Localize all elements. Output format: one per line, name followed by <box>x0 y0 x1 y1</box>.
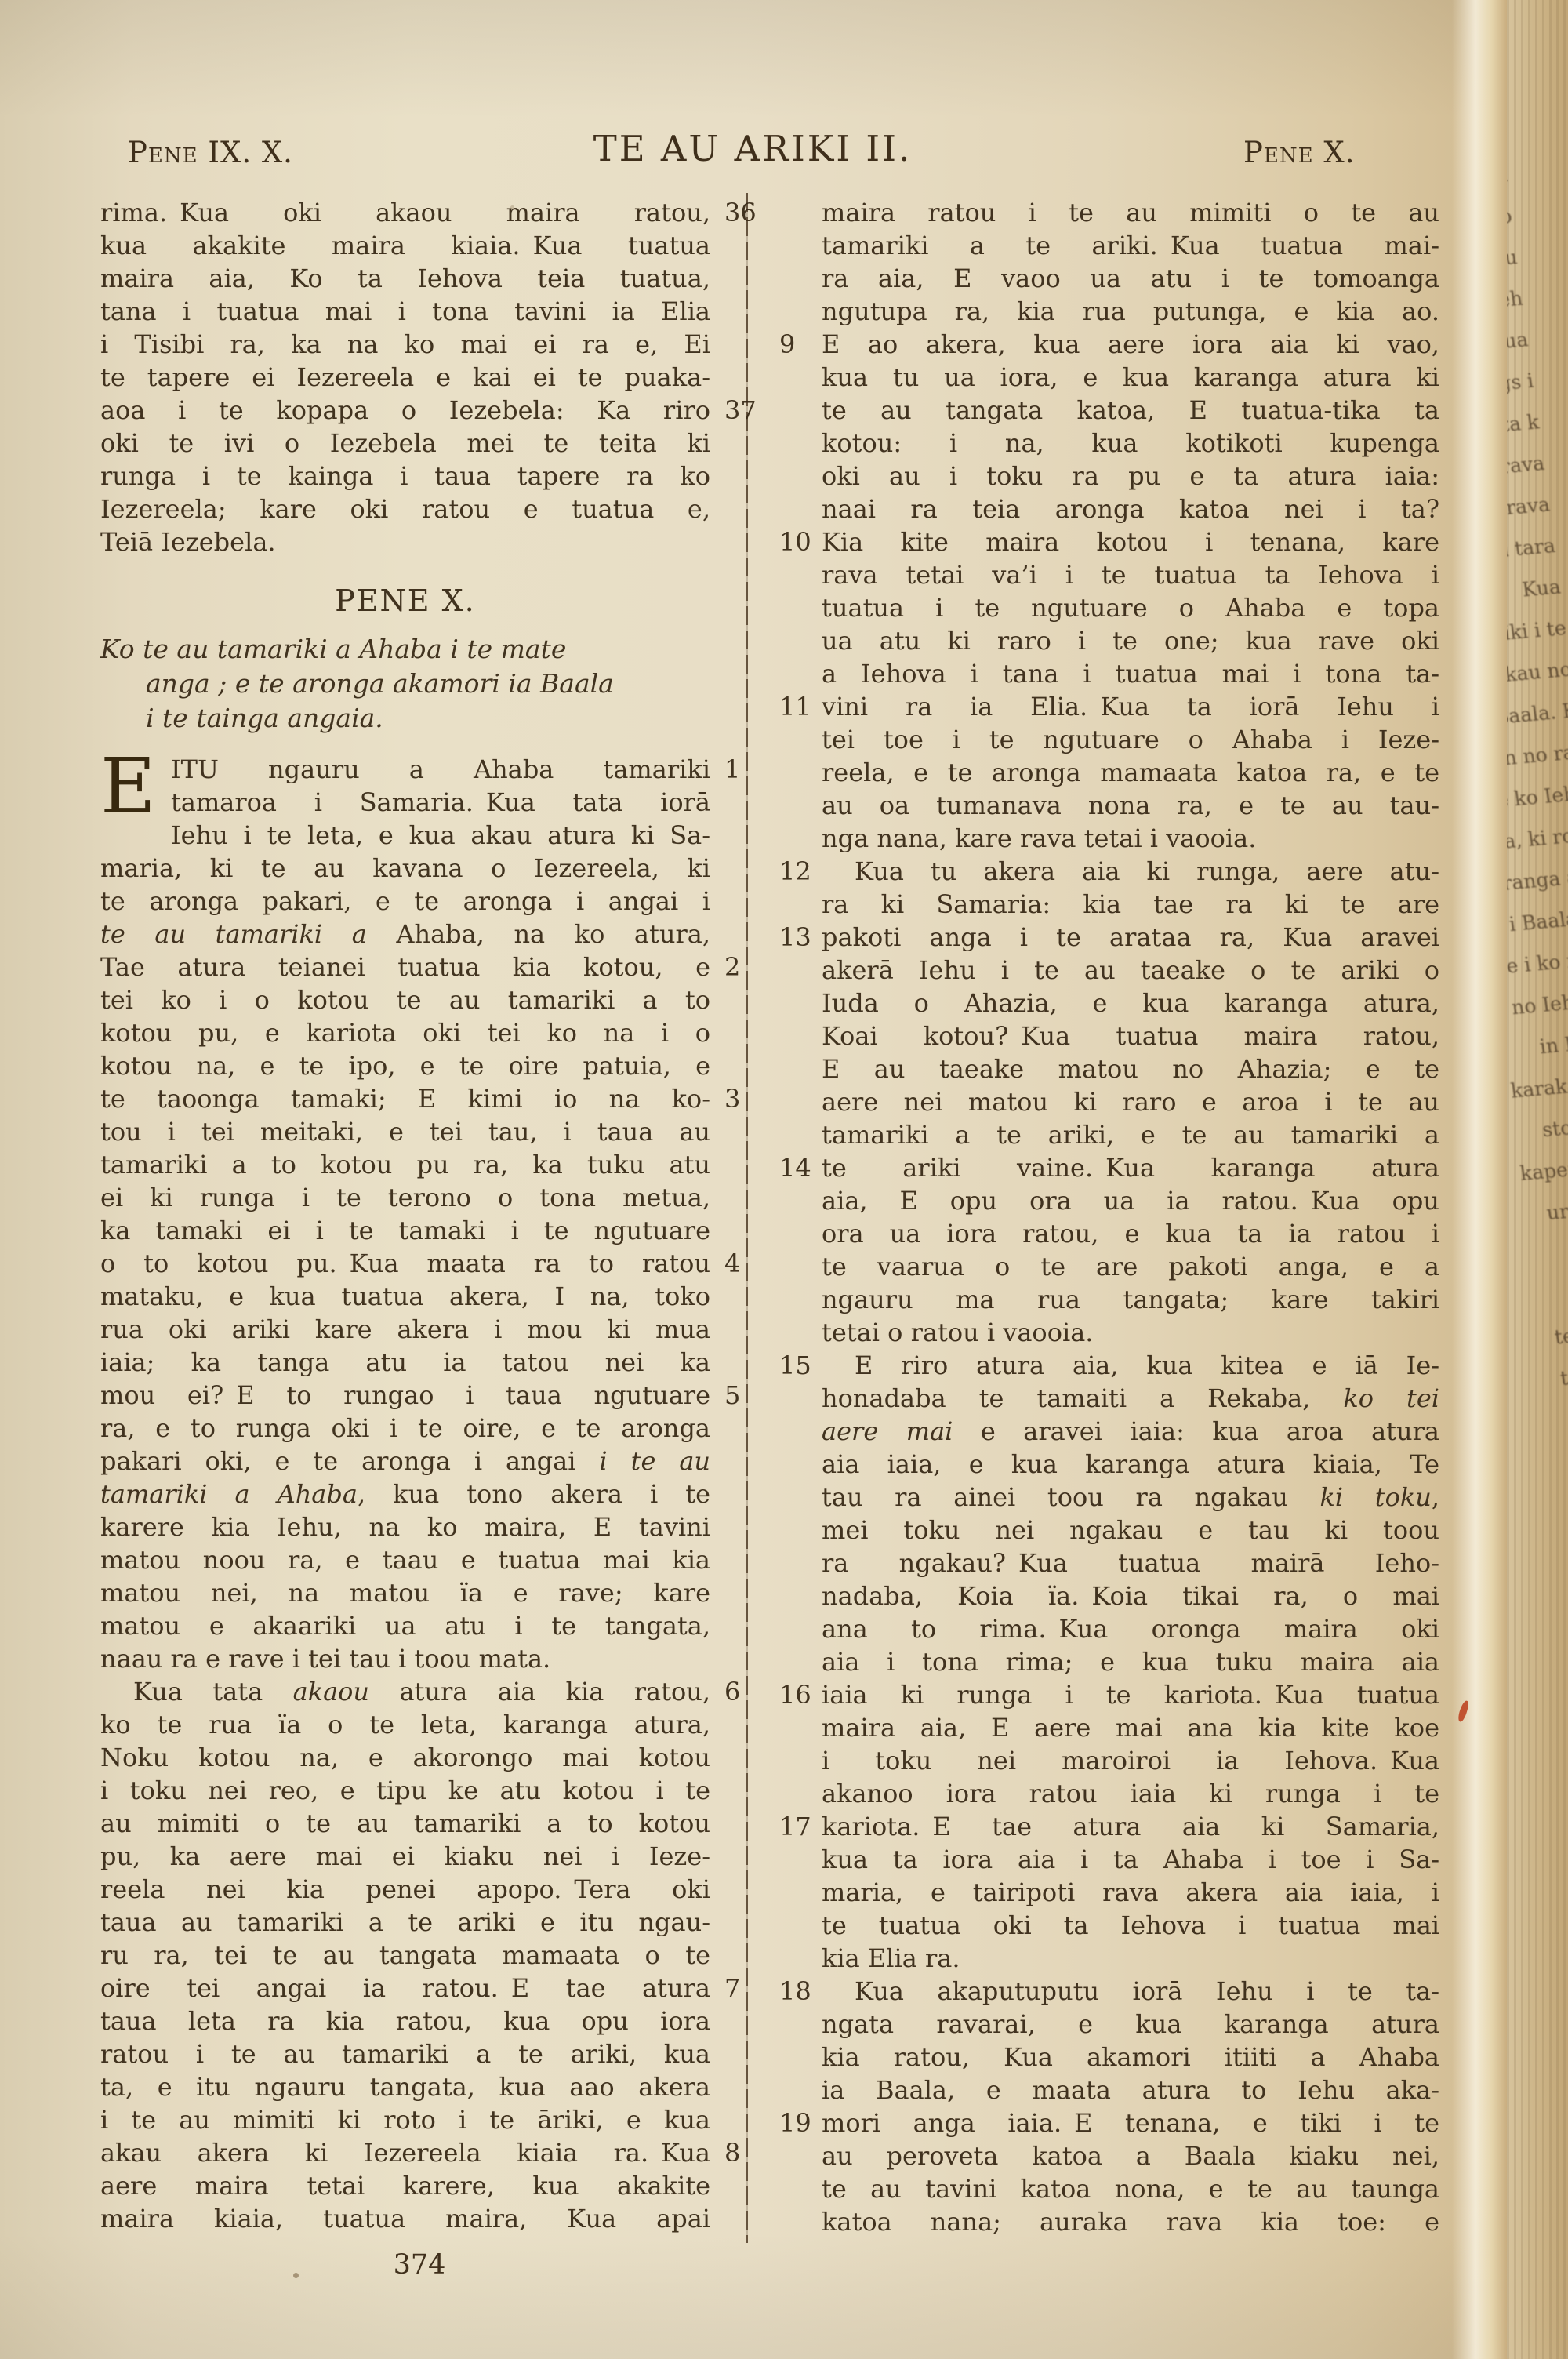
text-line: tei ko i o kotou te au tamariki a to <box>100 983 710 1016</box>
text-line: ra aia, E vaoo ua atu i te tomoanga <box>822 262 1439 295</box>
column-divider-rule <box>746 193 748 2243</box>
text-line: reela nei kia penei apopo. Tera oki <box>100 1873 710 1906</box>
text-line: te ariki vaine. Kua karanga atura14 <box>822 1151 1439 1184</box>
text-line: pakoti anga i te arataa ra, Kua aravei13 <box>822 921 1439 954</box>
verse-block: EITU ngauru a Ahaba tamariki1tamaroa i S… <box>100 753 710 2235</box>
verse-block: maira ratou i te au mimiti o te autamari… <box>822 196 1439 2238</box>
verse-number: 9 <box>779 328 795 361</box>
text-line: maira aia, Ko ta Iehova teia tuatua, <box>100 262 710 295</box>
text-column-left: rima. Kua oki akaou maira ratou,36kua ak… <box>100 196 710 2235</box>
paper-speck <box>510 205 514 209</box>
text-line: ngutupa ra, kia rua putunga, e kia ao. <box>822 295 1439 328</box>
verse-number: 36 <box>724 196 757 229</box>
text-line: pakari oki, e te aronga i angai i te au <box>100 1445 710 1478</box>
text-line: rua oki ariki kare akera i mou ki mua <box>100 1313 710 1346</box>
text-column-right: maira ratou i te au mimiti o te autamari… <box>822 196 1439 2238</box>
text-line: ka tamaki ei i te tamaki i te ngutuare <box>100 1214 710 1247</box>
text-line: au mimiti o te au tamariki a to kotou <box>100 1807 710 1840</box>
text-line: taua leta ra kia ratou, kua opu iora <box>100 2005 710 2037</box>
verse-number: 5 <box>724 1379 740 1412</box>
verse-number: 17 <box>779 1810 811 1843</box>
running-head-title: TE AU ARIKI II. <box>435 128 1070 169</box>
text-line: akau akera ki Iezereela kiaia ra. Kua8 <box>100 2136 710 2169</box>
text-line: matou noou ra, e taau e tuatua mai kia <box>100 1543 710 1576</box>
verse-number: 16 <box>779 1678 811 1711</box>
text-line: a Iehova i tana i tuatua mai i tona ta- <box>822 657 1439 690</box>
text-line: akerā Iehu i te au taeake o te ariki o <box>822 954 1439 987</box>
verse-number: 2 <box>724 951 740 983</box>
running-head-left: Pene IX. X. <box>128 136 293 169</box>
text-line: ta, e itu ngauru tangata, kua aao akera <box>100 2070 710 2103</box>
text-line: iaia ki runga i te kariota. Kua tuatua16 <box>822 1678 1439 1711</box>
text-line: Kia kite maira kotou i tenana, kare10 <box>822 525 1439 558</box>
text-line: naai ra teia aronga katoa nei i ta? <box>822 493 1439 525</box>
text-line: Iezereela; kare oki ratou e tuatua e, <box>100 493 710 525</box>
text-line: i Tisibi ra, ka na ko mai ei ra e, Ei <box>100 328 710 361</box>
text-line: E au taeake matou no Ahazia; e te <box>822 1052 1439 1085</box>
text-line: nadaba, Koia ïa. Koia tikai ra, o mai <box>822 1579 1439 1612</box>
text-line: rava tetai va’i i te tuatua ta Iehova i <box>822 558 1439 591</box>
verse-number: 10 <box>779 525 811 558</box>
verse-number: 7 <box>724 1972 740 2005</box>
text-line: ru ra, tei te au tangata mamaata o te <box>100 1939 710 1972</box>
text-line: kariota. E tae atura aia ki Samaria,17 <box>822 1810 1439 1843</box>
verse-number: 6 <box>724 1675 740 1708</box>
text-line: ora ua iora ratou, e kua ta ia ratou i <box>822 1217 1439 1250</box>
text-line: tamaroa i Samaria. Kua tata iorā <box>100 786 710 819</box>
text-line: tau ra ainei toou ra ngakau ki toku, <box>822 1481 1439 1514</box>
verse-number: 11 <box>779 690 811 723</box>
text-line: nga nana, kare rava tetai i vaooia. <box>822 822 1439 855</box>
verse-number: 1 <box>724 753 740 786</box>
text-line: matou nei, na matou ïa e rave; kare <box>100 1576 710 1609</box>
verse-number: 4 <box>724 1247 740 1280</box>
text-line: iaia; ka tanga atu ia tatou nei ka <box>100 1346 710 1379</box>
text-line: Tae atura teianei tuatua kia kotou, e2 <box>100 951 710 983</box>
text-line: oire tei angai ia ratou. E tae atura7 <box>100 1972 710 2005</box>
text-line: maria, ki te au kavana o Iezereela, ki <box>100 852 710 885</box>
text-line: honadaba te tamaiti a Rekaba, ko tei <box>822 1382 1439 1415</box>
text-line: tamariki a to kotou pu ra, ka tuku atu <box>100 1148 710 1181</box>
text-line: aere nei matou ki raro e aroa i te au <box>822 1085 1439 1118</box>
text-line: au peroveta katoa a Baala kiaku nei, <box>822 2139 1439 2172</box>
text-line: ana to rima. Kua oronga maira oki <box>822 1612 1439 1645</box>
text-line: rima. Kua oki akaou maira ratou,36 <box>100 196 710 229</box>
text-line: tetai o ratou i vaooia. <box>822 1316 1439 1349</box>
running-head-right: Pene X. <box>1243 136 1355 169</box>
text-line: kua ta iora aia i ta Ahaba i toe i Sa- <box>822 1843 1439 1876</box>
text-line: kotou: i na, kua kotikoti kupenga <box>822 427 1439 460</box>
text-line: Kua akaputuputu iorā Iehu i te ta-18 <box>822 1975 1439 2008</box>
text-line: aoa i te kopapa o Iezebela: Ka riro37 <box>100 394 710 427</box>
text-line: ko te rua ïa o te leta, karanga atura, <box>100 1708 710 1741</box>
text-line: te taoonga tamaki; E kimi io na ko-3 <box>100 1082 710 1115</box>
verse-block: rima. Kua oki akaou maira ratou,36kua ak… <box>100 196 710 558</box>
text-line: aere mai e aravei iaia: kua aroa atura <box>822 1415 1439 1448</box>
text-line: ratou i te au tamariki a te ariki, kua <box>100 2037 710 2070</box>
text-line: i toku nei reo, e tipu ke atu kotou i te <box>100 1774 710 1807</box>
text-line: maira kiaia, tuatua maira, Kua apai <box>100 2202 710 2235</box>
text-line: i toku nei maroiroi ia Iehova. Kua <box>822 1744 1439 1777</box>
text-line: i te au mimiti ki roto i te āriki, e kua <box>100 2103 710 2136</box>
text-line: o to kotou pu. Kua maata ra to ratou4 <box>100 1247 710 1280</box>
text-line: vini ra ia Elia. Kua ta iorā Iehu i11 <box>822 690 1439 723</box>
text-line: ua atu ki raro i te one; kua rave oki <box>822 624 1439 657</box>
verse-number: 19 <box>779 2106 811 2139</box>
text-line: naau ra e rave i tei tau i toou mata. <box>100 1642 710 1675</box>
text-line: te au tangata katoa, E tuatua-tika ta <box>822 394 1439 427</box>
text-line: ra ngakau? Kua tuatua mairā Ieho- <box>822 1547 1439 1579</box>
text-line: te vaarua o te are pakoti anga, e a <box>822 1250 1439 1283</box>
text-line: ngauru ma rua tangata; kare takiri <box>822 1283 1439 1316</box>
text-line: Iehu i te leta, e kua akau atura ki Sa- <box>100 819 710 852</box>
text-line: maria, e tairipoti rava akera aia iaia, … <box>822 1876 1439 1909</box>
verse-number: 18 <box>779 1975 811 2008</box>
text-line: maira aia, E aere mai ana kia kite koe <box>822 1711 1439 1744</box>
paper-speck <box>293 2273 299 2278</box>
text-line: kotou pu, e kariota oki tei ko na i o <box>100 1016 710 1049</box>
text-line: kia Elia ra. <box>822 1942 1439 1975</box>
text-line: pu, ka aere mai ei kiaku nei i Ieze- <box>100 1840 710 1873</box>
text-line: te aronga pakari, e te aronga i angai i <box>100 885 710 918</box>
text-line: ia Baala, e maata atura to Iehu aka- <box>822 2074 1439 2106</box>
text-line: ra ki Samaria: kia tae ra ki te are <box>822 888 1439 921</box>
text-line: tamariki a te ariki. Kua tuatua mai- <box>822 229 1439 262</box>
text-line: mou ei? E to rungao i taua ngutuare5 <box>100 1379 710 1412</box>
book-page: ol takuis e oap takiriKjat roni rotua de… <box>0 0 1568 2359</box>
text-line: oki au i toku ra pu e ta atura iaia: <box>822 460 1439 493</box>
text-line: aere maira tetai karere, kua akakite <box>100 2169 710 2202</box>
text-line: au oa tumanava nona ra, e te au tau- <box>822 789 1439 822</box>
summary-line: Ko te au tamariki a Ahaba i te mate <box>100 632 710 667</box>
verse-number: 12 <box>779 855 811 888</box>
text-line: E ao akera, kua aere iora aia ki vao,9 <box>822 328 1439 361</box>
text-line: ngata ravarai, e kua karanga atura <box>822 2008 1439 2041</box>
text-line: matou e akaariki ua atu i te tangata, <box>100 1609 710 1642</box>
verse-number: 13 <box>779 921 811 954</box>
text-line: aia, E opu ora ua ia ratou. Kua opu <box>822 1184 1439 1217</box>
text-line: maira ratou i te au mimiti o te au <box>822 196 1439 229</box>
text-line: Kua tata akaou atura aia kia ratou,6 <box>100 1675 710 1708</box>
text-line: Teiā Iezebela. <box>100 525 710 558</box>
text-line: Noku kotou na, e akorongo mai kotou <box>100 1741 710 1774</box>
text-line: kua akakite maira kiaia. Kua tuatua <box>100 229 710 262</box>
chapter-summary: Ko te au tamariki a Ahaba i te mateanga … <box>100 632 710 736</box>
verse-number: 37 <box>724 394 757 427</box>
text-line: Iuda o Ahazia, e kua karanga atura, <box>822 987 1439 1020</box>
text-line: te tuatua oki ta Iehova i tuatua mai <box>822 1909 1439 1942</box>
text-line: te tapere ei Iezereela e kai ei te puaka… <box>100 361 710 394</box>
text-line: mori anga iaia. E tenana, e tiki i te19 <box>822 2106 1439 2139</box>
text-line: te au tavini katoa nona, e te au taunga <box>822 2172 1439 2205</box>
text-line: kotou na, e te ipo, e te oire patuia, e <box>100 1049 710 1082</box>
text-line: Kua tu akera aia ki runga, aere atu-12 <box>822 855 1439 888</box>
text-line: tuatua i te ngutuare o Ahaba e topa <box>822 591 1439 624</box>
text-line: Koai kotou? Kua tuatua maira ratou, <box>822 1020 1439 1052</box>
text-line: ei ki runga i te terono o tona metua, <box>100 1181 710 1214</box>
text-line: E riro atura aia, kua kitea e iā Ie-15 <box>822 1349 1439 1382</box>
text-line: ITU ngauru a Ahaba tamariki1 <box>100 753 710 786</box>
page-fore-edge <box>1452 0 1508 2359</box>
text-line: aia iaia, e kua karanga atura kiaia, Te <box>822 1448 1439 1481</box>
text-line: tei toe i te ngutuare o Ahaba i Ieze- <box>822 723 1439 756</box>
text-line: karere kia Iehu, na ko maira, E tavini <box>100 1510 710 1543</box>
summary-line: anga ; e te aronga akamori ia Baala <box>100 667 710 701</box>
verse-number: 3 <box>724 1082 740 1115</box>
adjacent-page-edge: ol takuis e oap takiriKjat roni rotua de… <box>1507 0 1568 2359</box>
text-line: tamariki a Ahaba, kua tono akera i te <box>100 1478 710 1510</box>
text-line: katoa nana; auraka rava kia toe: e <box>822 2205 1439 2238</box>
text-line: tana i tuatua mai i tona tavini ia Elia <box>100 295 710 328</box>
verse-number: 15 <box>779 1349 811 1382</box>
text-line: mei toku nei ngakau e tau ki toou <box>822 1514 1439 1547</box>
text-line: te au tamariki a Ahaba, na ko atura, <box>100 918 710 951</box>
text-line: reela, e te aronga mamaata katoa ra, e t… <box>822 756 1439 789</box>
text-line: tou i tei meitaki, e tei tau, i taua au <box>100 1115 710 1148</box>
verse-number: 14 <box>779 1151 811 1184</box>
verse-number: 8 <box>724 2136 740 2169</box>
text-line: ra, e to runga oki i te oire, e te arong… <box>100 1412 710 1445</box>
text-line: kia ratou, Kua akamori itiiti a Ahaba <box>822 2041 1439 2074</box>
text-line: aia i tona rima; e kua tuku maira aia <box>822 1645 1439 1678</box>
page-number: 374 <box>333 2249 506 2281</box>
text-line: oki te ivi o Iezebela mei te teita ki <box>100 427 710 460</box>
edge-text-fragments: ol takuis e oap takiriKjat roni rotua de… <box>1507 30 1568 2152</box>
chapter-heading: PENE X. <box>100 582 710 620</box>
text-line: runga i te kainga i taua tapere ra ko <box>100 460 710 493</box>
text-line: taua au tamariki a te ariki e itu ngau- <box>100 1906 710 1939</box>
text-line: kua tu ua iora, e kua karanga atura ki <box>822 361 1439 394</box>
summary-line: i te tainga angaia. <box>100 701 710 736</box>
text-line: akanoo iora ratou iaia ki runga i te <box>822 1777 1439 1810</box>
text-line: tamariki a te ariki, e te au tamariki a <box>822 1118 1439 1151</box>
text-line: mataku, e kua tuatua akera, I na, toko <box>100 1280 710 1313</box>
